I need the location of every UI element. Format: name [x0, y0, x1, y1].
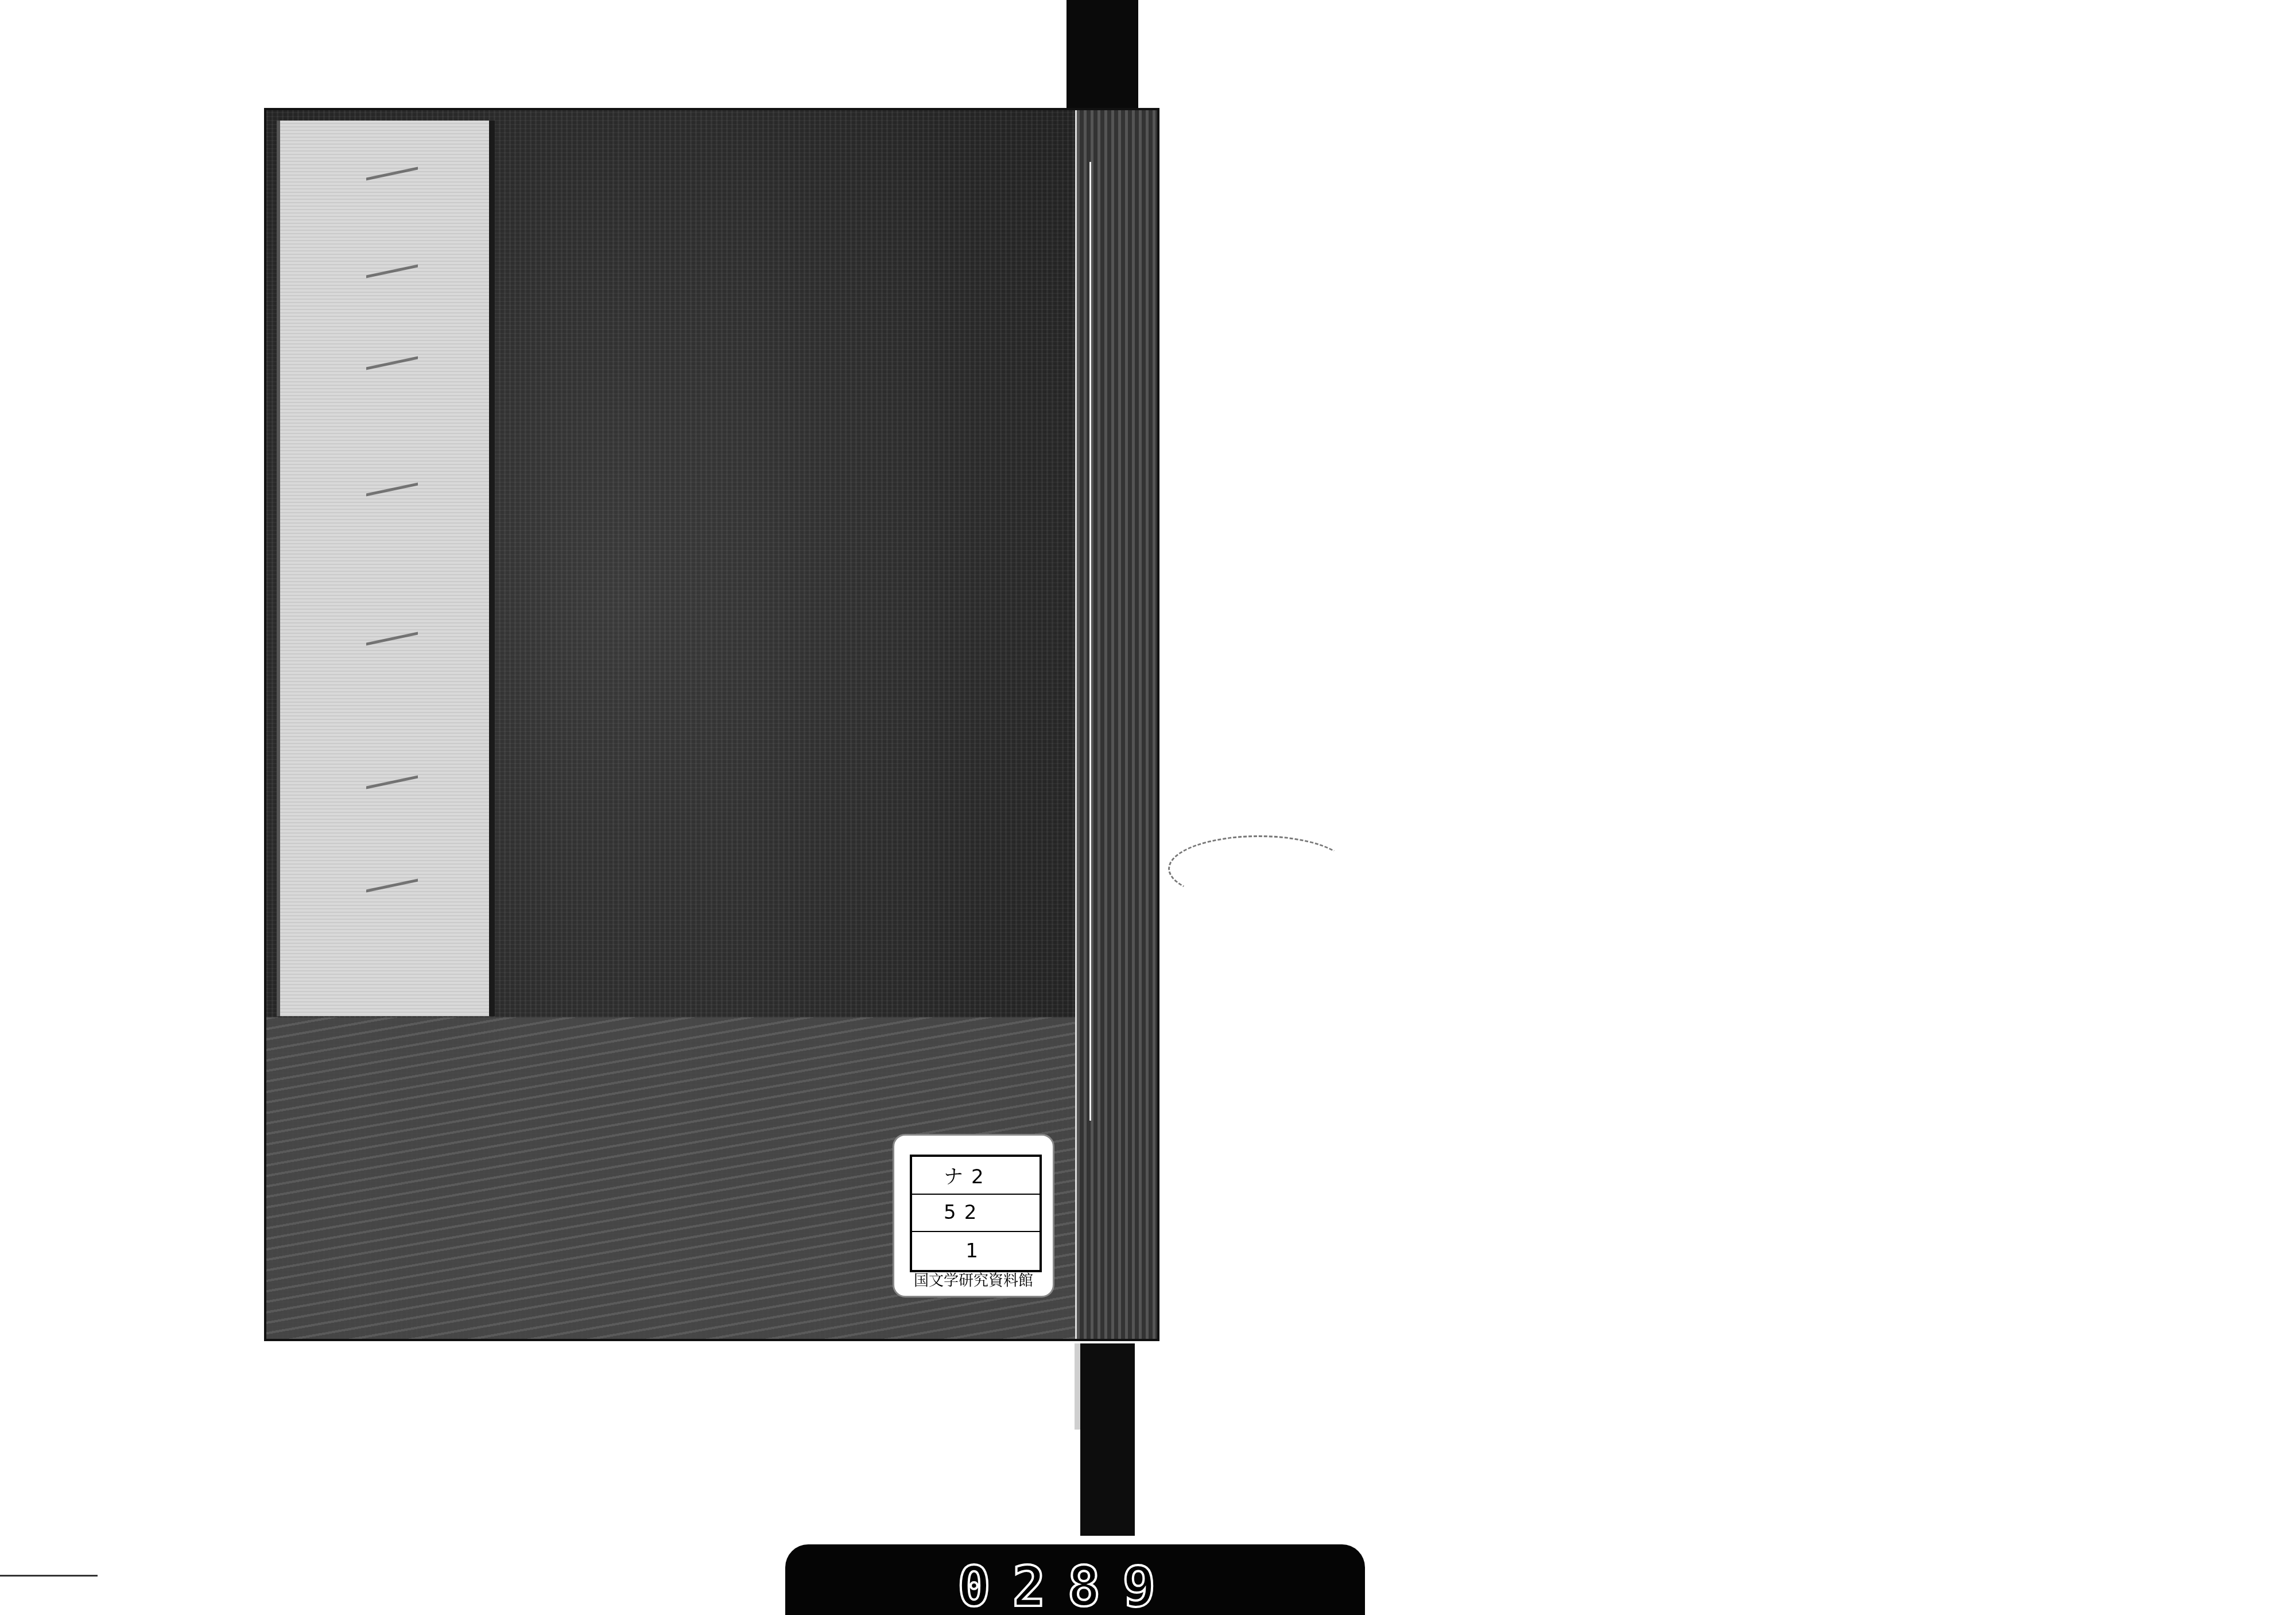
institution-name: 国文学研究資料館 — [894, 1269, 1053, 1290]
frame-counter: 0289 — [957, 1555, 1177, 1615]
handwritten-stroke — [366, 356, 418, 387]
frame-counter-bar: 0289 — [785, 1544, 1365, 1615]
handwritten-stroke — [366, 632, 418, 663]
handwritten-stroke — [366, 166, 418, 197]
label-row-number: 52 — [912, 1195, 1040, 1233]
top-clamp-strip — [1066, 0, 1138, 112]
handwritten-stroke — [366, 775, 418, 806]
label-row-class: ナ2 — [912, 1157, 1040, 1195]
scan-edge-line — [0, 1575, 98, 1577]
catalog-label-grid: ナ2 52 1 — [910, 1155, 1042, 1272]
title-slip — [277, 121, 495, 1016]
handwritten-stroke — [366, 482, 418, 513]
binding-thread — [1089, 162, 1091, 1121]
handwritten-stroke — [366, 264, 418, 295]
bottom-clamp-strip — [1080, 1343, 1135, 1536]
catalog-label: ナ2 52 1 国文学研究資料館 — [893, 1134, 1054, 1298]
binding-spine — [1075, 110, 1157, 1339]
handwritten-stroke — [366, 878, 418, 909]
label-row-volume: 1 — [912, 1232, 1040, 1270]
loose-thread — [1168, 835, 1349, 902]
